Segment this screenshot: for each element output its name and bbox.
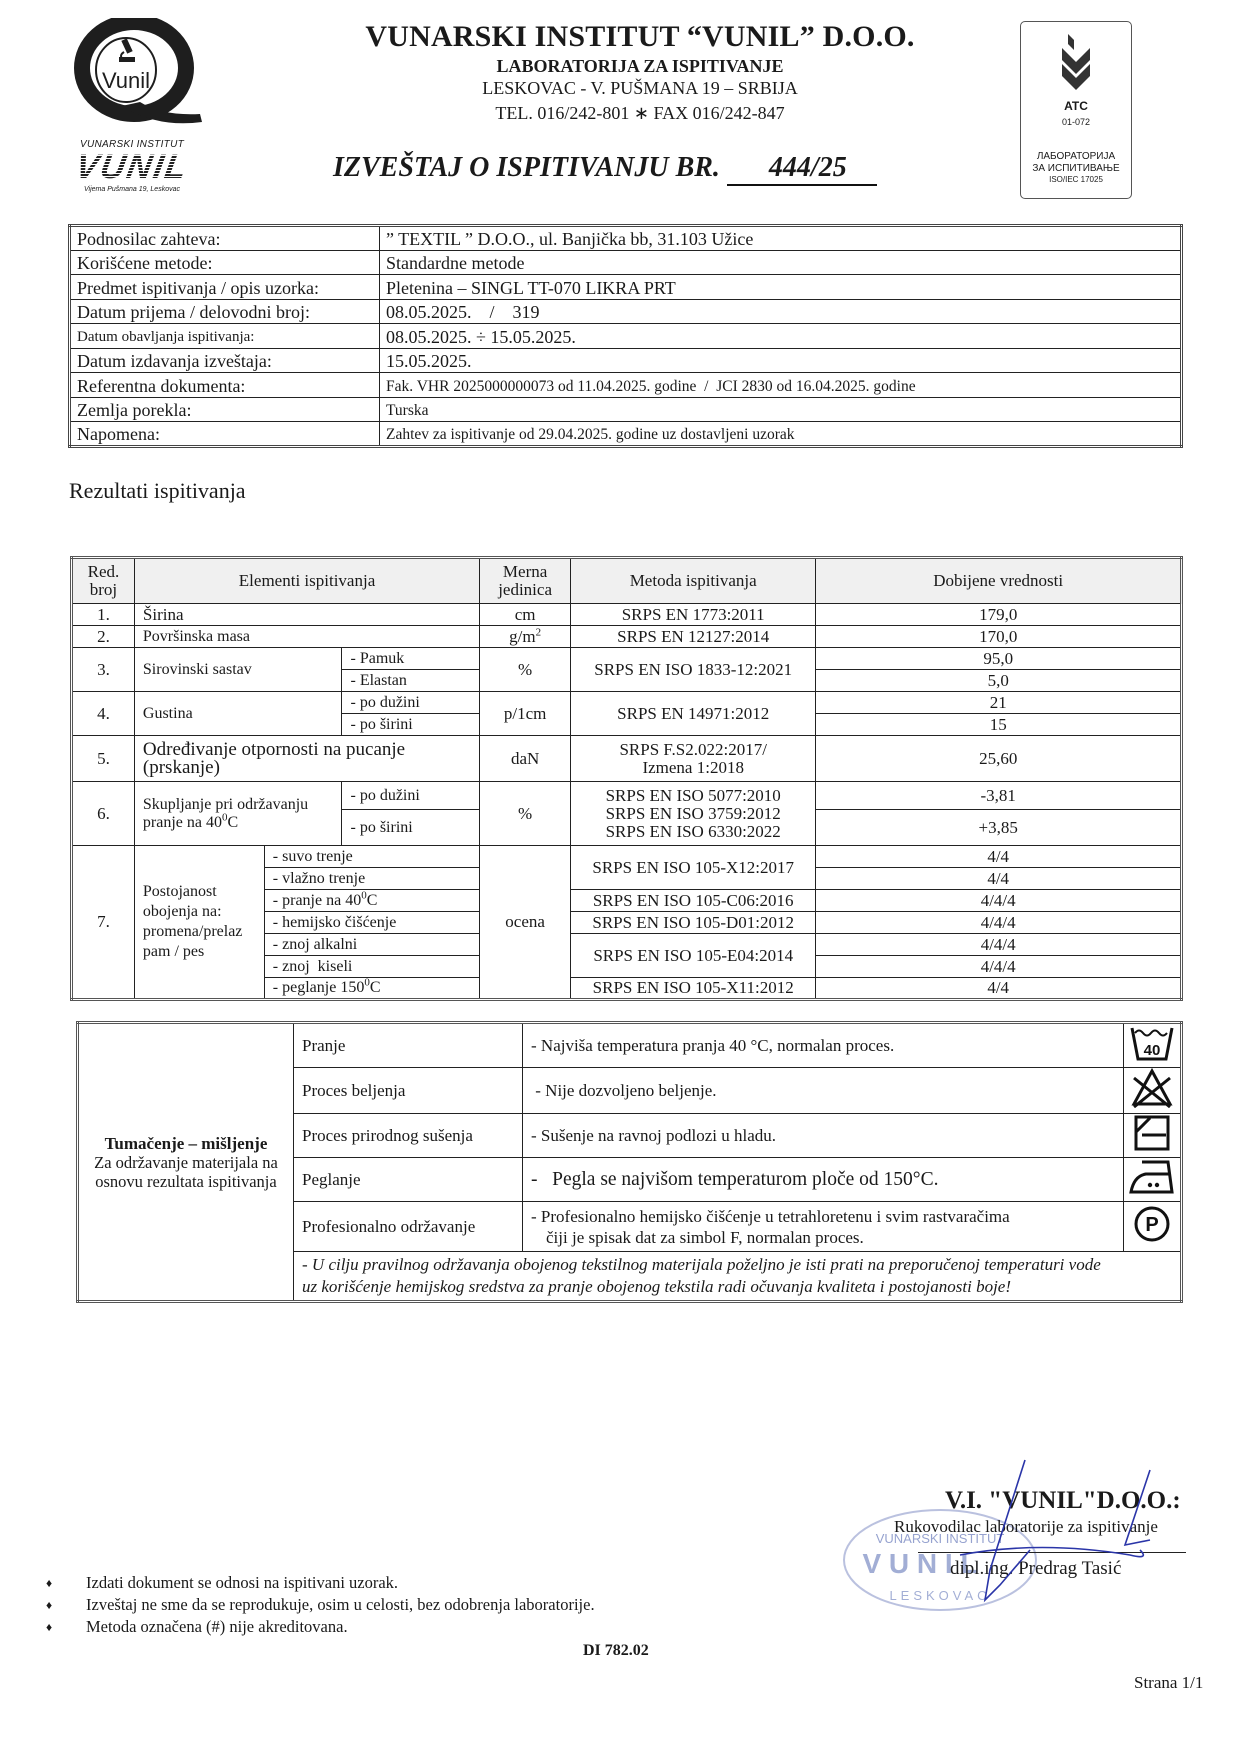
col-header-no: Red. broj	[72, 558, 135, 604]
info-value: Pletenina – SINGL TT-070 LIKRA PRT	[380, 275, 1182, 300]
row-unit: p/1cm	[480, 692, 571, 736]
care-description: - Pegla se najvišom temperaturom ploče o…	[523, 1158, 1124, 1202]
row-element: Širina	[134, 604, 479, 626]
results-table: Red. broj Elementi ispitivanja Merna jed…	[70, 556, 1183, 1001]
row-element: Postojanost obojenja na: promena/prelaz …	[134, 846, 264, 1000]
unit-text: g/m	[509, 627, 535, 646]
info-row: Napomena: Zahtev za ispitivanje od 29.04…	[70, 422, 1182, 447]
row-method: SRPS EN ISO 105-X12:2017	[571, 846, 816, 890]
institute-address: LESKOVAC - V. PUŠMANA 19 – SRBIJA	[300, 78, 980, 99]
row-subelement: - Pamuk	[342, 648, 480, 670]
atc-lab-line2: ЗА ИСПИТИВАЊЕ	[1021, 163, 1131, 175]
svg-text:P: P	[1145, 1214, 1158, 1236]
info-value: 08.05.2025. ÷ 15.05.2025.	[380, 324, 1182, 349]
row-number: 6.	[72, 782, 135, 846]
row-method: SRPS EN ISO 105-X11:2012	[571, 978, 816, 1000]
element-suffix: C	[227, 814, 238, 831]
info-row: Korišćene metode: Standardne metode	[70, 250, 1182, 275]
note-text: Izveštaj ne sme da se reprodukuje, osim …	[86, 1595, 595, 1614]
info-row: Zemlja porekla: Turska	[70, 397, 1182, 422]
info-row: Referentna dokumenta: Fak. VHR 202500000…	[70, 373, 1182, 398]
table-row: 6. Skupljanje pri održavanju pranje na 4…	[72, 782, 1182, 810]
row-element: Površinska masa	[134, 626, 479, 648]
row-number: 2.	[72, 626, 135, 648]
no-bleach-icon	[1130, 1068, 1174, 1108]
results-section-title: Rezultati ispitivanja	[69, 478, 246, 504]
row-value: -3,81	[816, 782, 1182, 810]
row-number: 1.	[72, 604, 135, 626]
row-element: Skupljanje pri održavanju pranje na 400C	[134, 782, 342, 846]
row-subelement: - vlažno trenje	[264, 868, 479, 890]
sub-text: - peglanje 150	[273, 979, 365, 996]
info-value: 15.05.2025.	[380, 348, 1182, 373]
logo-wordmark: VUNIL	[59, 150, 205, 184]
row-subelement: - znoj kiseli	[264, 956, 479, 978]
results-header-row: Red. broj Elementi ispitivanja Merna jed…	[72, 558, 1182, 604]
svg-text:40: 40	[1144, 1042, 1161, 1059]
info-value: Turska	[380, 397, 1182, 422]
care-description-line: - Profesionalno hemijsko čišćenje u tetr…	[531, 1206, 1115, 1227]
wash-40-icon: 40	[1129, 1024, 1175, 1062]
document-code: DI 782.02	[583, 1642, 649, 1660]
care-description: - Nije dozvoljeno beljenje.	[523, 1068, 1124, 1114]
row-value: 4/4/4	[816, 912, 1182, 934]
institute-title: VUNARSKI INSTITUT “VUNIL” D.O.O.	[300, 20, 980, 54]
row-value: 25,60	[816, 736, 1182, 782]
element-line: Skupljanje pri održavanju	[143, 796, 338, 814]
footer-notes: ♦Izdati dokument se odnosi na ispitivani…	[46, 1572, 595, 1638]
dry-flat-shade-icon	[1132, 1114, 1172, 1152]
col-header-unit: Merna jedinica	[480, 558, 571, 604]
row-element: Gustina	[134, 692, 342, 736]
row-value: 4/4/4	[816, 890, 1182, 912]
info-value: 08.05.2025. / 319	[380, 299, 1182, 324]
table-row: 4. Gustina - po dužini p/1cm SRPS EN 149…	[72, 692, 1182, 714]
care-aspect: Peglanje	[294, 1158, 523, 1202]
atc-chevron-icon	[1058, 34, 1094, 90]
info-label: Datum izdavanja izveštaja:	[70, 348, 380, 373]
page-number: Strana 1/1	[1134, 1673, 1203, 1693]
element-text: pranje na 40	[143, 814, 222, 831]
atc-lab-line1: ЛАБОРАТОРИЈА	[1021, 151, 1131, 163]
info-label: Korišćene metode:	[70, 250, 380, 275]
row-value: 4/4	[816, 868, 1182, 890]
table-row: 5. Određivanje otpornosti na pucanje (pr…	[72, 736, 1182, 782]
row-method: SRPS EN 12127:2014	[571, 626, 816, 648]
row-subelement: - po širini	[342, 810, 480, 846]
dry-clean-p-icon: P	[1132, 1204, 1172, 1244]
row-method: SRPS EN ISO 105-E04:2014	[571, 934, 816, 978]
info-label: Napomena:	[70, 422, 380, 447]
row-subelement: - Elastan	[342, 670, 480, 692]
row-method: SRPS EN ISO 105-C06:2016	[571, 890, 816, 912]
row-value: 4/4/4	[816, 956, 1182, 978]
row-unit: daN	[480, 736, 571, 782]
table-row: 3. Sirovinski sastav - Pamuk % SRPS EN I…	[72, 648, 1182, 670]
sub-suffix: C	[367, 892, 378, 909]
row-unit: %	[480, 648, 571, 692]
interpretation-title: Tumačenje – mišljenje	[105, 1134, 268, 1153]
row-subelement: - po dužini	[342, 782, 480, 810]
row-value: 4/4	[816, 846, 1182, 868]
info-label: Podnosilac zahteva:	[70, 226, 380, 251]
sub-text: - pranje na 40	[273, 892, 361, 909]
row-method: SRPS EN ISO 5077:2010 SRPS EN ISO 3759:2…	[571, 782, 816, 846]
row-value: 5,0	[816, 670, 1182, 692]
care-note: - U cilju pravilnog održavanja obojenog …	[294, 1252, 1124, 1302]
row-method: SRPS EN 14971:2012	[571, 692, 816, 736]
interpretation-heading: Tumačenje – mišljenje Za održavanje mate…	[78, 1023, 294, 1302]
info-label: Predmet ispitivanja / opis uzorka:	[70, 275, 380, 300]
care-icon-cell: P	[1124, 1202, 1182, 1252]
atc-code: 01-072	[1021, 117, 1131, 127]
method-line: SRPS F.S2.022:2017/	[575, 741, 811, 759]
col-header-element: Elementi ispitivanja	[134, 558, 479, 604]
row-method: SRPS EN ISO 1833-12:2021	[571, 648, 816, 692]
care-icon-cell	[1124, 1114, 1182, 1158]
info-row: Predmet ispitivanja / opis uzorka: Plete…	[70, 275, 1182, 300]
row-element: Određivanje otpornosti na pucanje (prska…	[134, 736, 479, 782]
care-aspect: Profesionalno održavanje	[294, 1202, 523, 1252]
care-aspect: Proces prirodnog sušenja	[294, 1114, 523, 1158]
report-heading: IZVEŠTAJ O ISPITIVANJU BR. 444/25	[333, 152, 877, 186]
institute-phone-fax: TEL. 016/242-801 ∗ FAX 016/242-847	[300, 103, 980, 124]
row-method: SRPS F.S2.022:2017/Izmena 1:2018	[571, 736, 816, 782]
col-header-method: Metoda ispitivanja	[571, 558, 816, 604]
table-row: 1. Širina cm SRPS EN 1773:2011 179,0	[72, 604, 1182, 626]
row-subelement: - po dužini	[342, 692, 480, 714]
footer-note: ♦Izdati dokument se odnosi na ispitivani…	[46, 1572, 595, 1594]
report-title: IZVEŠTAJ O ISPITIVANJU BR.	[333, 152, 720, 183]
care-aspect: Pranje	[294, 1023, 523, 1068]
note-text: Metoda označena (#) nije akreditovana.	[86, 1617, 348, 1636]
info-row: Podnosilac zahteva: ” TEXTIL ” D.O.O., u…	[70, 226, 1182, 251]
q-logo-icon: Vunil	[62, 18, 212, 130]
care-row: Tumačenje – mišljenje Za održavanje mate…	[78, 1023, 1182, 1068]
footer-note: ♦Metoda označena (#) nije akreditovana.	[46, 1616, 595, 1638]
info-label: Datum prijema / delovodni broj:	[70, 299, 380, 324]
col-header-value: Dobijene vrednosti	[816, 558, 1182, 604]
care-description: - Profesionalno hemijsko čišćenje u tetr…	[523, 1202, 1124, 1252]
row-value: 95,0	[816, 648, 1182, 670]
bullet-icon: ♦	[46, 1572, 52, 1594]
care-icon-cell	[1124, 1158, 1182, 1202]
svg-text:Vunil: Vunil	[102, 68, 150, 93]
row-unit: cm	[480, 604, 571, 626]
care-description: - Najviša temperatura pranja 40 °C, norm…	[523, 1023, 1124, 1068]
row-number: 5.	[72, 736, 135, 782]
element-line: pranje na 400C	[143, 814, 338, 832]
unit-superscript: 2	[536, 626, 542, 638]
row-unit: %	[480, 782, 571, 846]
row-number: 3.	[72, 648, 135, 692]
row-value: 21	[816, 692, 1182, 714]
row-subelement: - hemijsko čišćenje	[264, 912, 479, 934]
bullet-icon: ♦	[46, 1594, 52, 1616]
footer-note: ♦Izveštaj ne sme da se reprodukuje, osim…	[46, 1594, 595, 1616]
info-row: Datum izdavanja izveštaja: 15.05.2025.	[70, 348, 1182, 373]
info-label: Datum obavljanja ispitivanja:	[70, 324, 380, 349]
row-element: Sirovinski sastav	[134, 648, 342, 692]
care-description-line: čiji je spisak dat za simbol F, normalan…	[531, 1227, 1115, 1248]
row-value: 4/4	[816, 978, 1182, 1000]
lab-name: LABORATORIJA ZA ISPITIVANJE	[300, 56, 980, 77]
row-subelement: - znoj alkalni	[264, 934, 479, 956]
info-label: Zemlja porekla:	[70, 397, 380, 422]
care-aspect: Proces beljenja	[294, 1068, 523, 1114]
table-row: 7. Postojanost obojenja na: promena/prel…	[72, 846, 1182, 868]
row-method: SRPS EN 1773:2011	[571, 604, 816, 626]
info-label: Referentna dokumenta:	[70, 373, 380, 398]
row-subelement: - suvo trenje	[264, 846, 479, 868]
row-value: 15	[816, 714, 1182, 736]
care-note-spacer	[1124, 1252, 1182, 1302]
info-value: Zahtev za ispitivanje od 29.04.2025. god…	[380, 422, 1182, 447]
care-icon-cell: 40	[1124, 1023, 1182, 1068]
row-unit: g/m2	[480, 626, 571, 648]
method-line: SRPS EN ISO 3759:2012	[575, 805, 811, 823]
method-line: SRPS EN ISO 6330:2022	[575, 823, 811, 841]
row-value: +3,85	[816, 810, 1182, 846]
info-value: Standardne metode	[380, 250, 1182, 275]
atc-standard: ISO/IEC 17025	[1021, 175, 1131, 184]
bullet-icon: ♦	[46, 1616, 52, 1638]
accreditation-badge: ATC 01-072 ЛАБОРАТОРИЈА ЗА ИСПИТИВАЊЕ IS…	[1020, 21, 1132, 199]
info-value: Fak. VHR 2025000000073 od 11.04.2025. go…	[380, 373, 1182, 398]
row-subelement: - pranje na 400C	[264, 890, 479, 912]
interpretation-subtitle: Za održavanje materijala na osnovu rezul…	[94, 1153, 278, 1191]
row-unit: ocena	[480, 846, 571, 1000]
row-number: 4.	[72, 692, 135, 736]
request-info-table: Podnosilac zahteva: ” TEXTIL ” D.O.O., u…	[68, 224, 1183, 448]
table-row: 2. Površinska masa g/m2 SRPS EN 12127:20…	[72, 626, 1182, 648]
row-value: 179,0	[816, 604, 1182, 626]
info-row: Datum obavljanja ispitivanja: 08.05.2025…	[70, 324, 1182, 349]
info-value: ” TEXTIL ” D.O.O., ul. Banjička bb, 31.1…	[380, 226, 1182, 251]
logo-address: Vijema Pušmana 19, Leskovac	[62, 186, 202, 193]
method-line: SRPS EN ISO 5077:2010	[575, 787, 811, 805]
atc-label: ATC	[1021, 99, 1131, 113]
sub-suffix: C	[370, 979, 381, 996]
row-value: 170,0	[816, 626, 1182, 648]
iron-two-dots-icon	[1128, 1158, 1176, 1196]
method-line: Izmena 1:2018	[575, 759, 811, 777]
row-number: 7.	[72, 846, 135, 1000]
care-description: - Sušenje na ravnoj podlozi u hladu.	[523, 1114, 1124, 1158]
note-text: Izdati dokument se odnosi na ispitivani …	[86, 1573, 398, 1592]
row-subelement: - peglanje 1500C	[264, 978, 479, 1000]
care-interpretation-table: Tumačenje – mišljenje Za održavanje mate…	[76, 1021, 1183, 1303]
care-icon-cell	[1124, 1068, 1182, 1114]
row-value: 4/4/4	[816, 934, 1182, 956]
report-number: 444/25	[727, 152, 877, 186]
row-method: SRPS EN ISO 105-D01:2012	[571, 912, 816, 934]
handwritten-signature-icon	[950, 1450, 1170, 1620]
info-row: Datum prijema / delovodni broj: 08.05.20…	[70, 299, 1182, 324]
row-subelement: - po širini	[342, 714, 480, 736]
